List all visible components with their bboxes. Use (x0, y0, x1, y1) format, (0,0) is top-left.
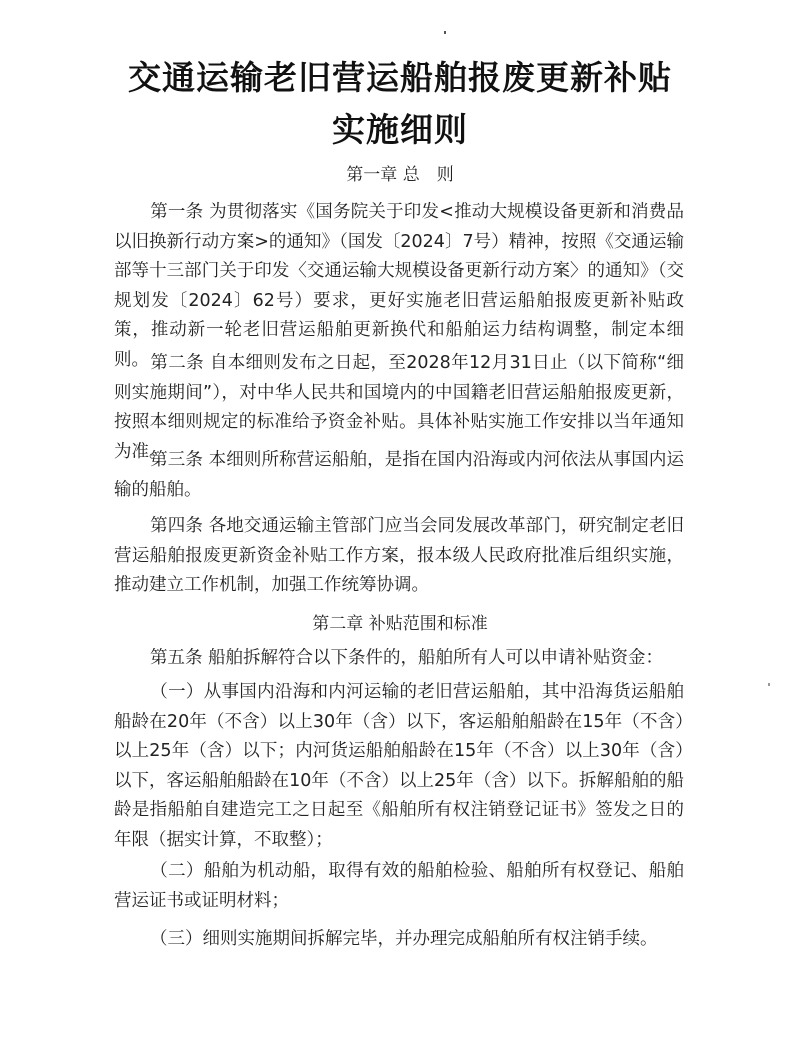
document-title-line2: 实施细则 (0, 104, 800, 151)
article-5-item-3: （三）细则实施期间拆解完毕，并办理完成船舶所有权注销手续。 (114, 925, 684, 955)
scan-speck (768, 683, 770, 686)
article-5-item-2: （二）船舶为机动船，取得有效的船舶检验、船舶所有权登记、船舶营运证书或证明材料； (114, 857, 684, 916)
item-2-text: （二）船舶为机动船，取得有效的船舶检验、船舶所有权登记、船舶营运证书或证明材料； (114, 861, 684, 911)
article-1-text: 第一条 为贯彻落实《国务院关于印发<推动大规模设备更新和消费品以旧换新行动方案>… (114, 202, 684, 370)
article-4: 第四条 各地交通运输主管部门应当会同发展改革部门，研究制定老旧营运船舶报废更新资… (114, 512, 684, 601)
document-title: 交通运输老旧营运船舶报废更新补贴 (0, 52, 800, 99)
item-1-text: （一）从事国内沿海和内河运输的老旧营运船舶，其中沿海货运船舶船龄在20年（不含）… (114, 682, 684, 850)
scan-speck (444, 31, 446, 34)
article-5-item-1: （一）从事国内沿海和内河运输的老旧营运船舶，其中沿海货运船舶船龄在20年（不含）… (114, 678, 684, 855)
article-3: 第三条 本细则所称营运船舶，是指在国内沿海或内河依法从事国内运输的船舶。 (114, 446, 684, 505)
article-5: 第五条 船舶拆解符合以下条件的，船舶所有人可以申请补贴资金： (114, 644, 684, 674)
article-5-text: 第五条 船舶拆解符合以下条件的，船舶所有人可以申请补贴资金： (150, 648, 663, 668)
chapter-heading-2: 第二章 补贴范围和标准 (0, 609, 800, 634)
item-3-text: （三）细则实施期间拆解完毕，并办理完成船舶所有权注销手续。 (150, 929, 658, 949)
article-3-text: 第三条 本细则所称营运船舶，是指在国内沿海或内河依法从事国内运输的船舶。 (114, 450, 684, 500)
article-4-text: 第四条 各地交通运输主管部门应当会同发展改革部门，研究制定老旧营运船舶报废更新资… (114, 516, 684, 595)
chapter-heading-1: 第一章 总 则 (0, 160, 800, 185)
